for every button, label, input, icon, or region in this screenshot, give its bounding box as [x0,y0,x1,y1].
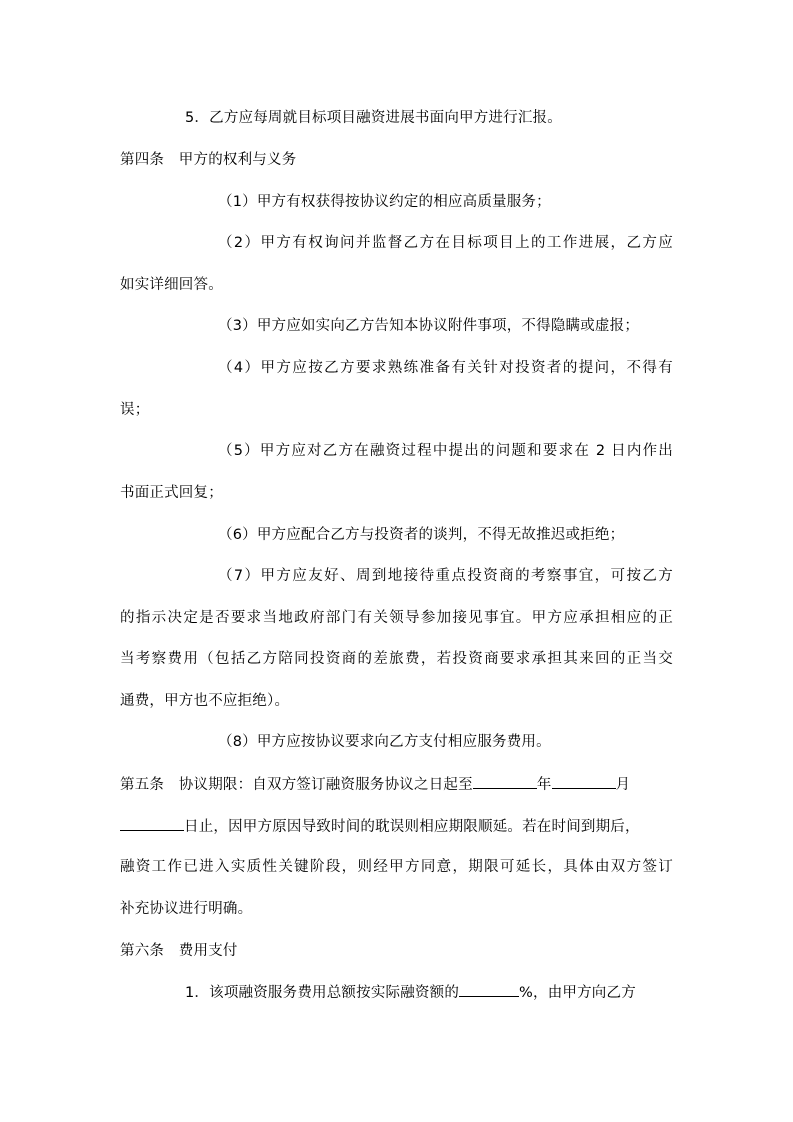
article4-item2-line1: （2）甲方有权询问并监督乙方在目标项目上的工作进展，乙方应 [218,233,673,253]
article5-line4: 补充协议进行明确。 [120,899,252,919]
article4-item5-line2: 书面正式回复； [120,483,223,503]
month-label: 月 [616,775,631,795]
article4-item6: （6）甲方应配合乙方与投资者的谈判，不得无故推迟或拒绝； [218,525,624,545]
year-label: 年 [537,775,552,795]
article6-item1-prefix: 1．该项融资服务费用总额按实际融资额的 [185,983,459,1003]
year-blank-field[interactable] [473,774,537,789]
article4-item1: （1）甲方有权获得按协议约定的相应高质量服务； [218,192,551,212]
article4-item4-line2: 误； [120,400,149,420]
article4-item4-line1: （4）甲方应按乙方要求熟练准备有关针对投资者的提问，不得有 [218,358,673,378]
article5-line2-text: 日止，因甲方原因导致时间的耽误则相应期限顺延。若在时间到期后， [184,817,640,837]
percentage-blank-field[interactable] [459,982,519,997]
article6-heading: 第六条 费用支付 [120,941,238,961]
article3-item5: 5．乙方应每周就目标项目融资进展书面向甲方进行汇报。 [185,108,562,128]
article4-item7-line4: 通费，甲方也不应拒绝）。 [120,691,289,711]
document-page: 5．乙方应每周就目标项目融资进展书面向甲方进行汇报。 第四条 甲方的权利与义务 … [0,0,793,1122]
day-blank-field[interactable] [120,816,184,831]
article5-prefix: 第五条 协议期限：自双方签订融资服务协议之日起至 [120,775,473,795]
article6-item1-suffix: %，由甲方向乙方 [519,983,636,1003]
article4-item7-line1: （7）甲方应友好、周到地接待重点投资商的考察事宜，可按乙方 [218,566,673,586]
article4-item2-line2: 如实详细回答。 [120,275,223,295]
article4-heading: 第四条 甲方的权利与义务 [120,150,296,170]
article4-item7-line3: 当考察费用（包括乙方陪同投资商的差旅费，若投资商要求承担其来回的正当交 [120,649,673,669]
article4-item5-line1: （5）甲方应对乙方在融资过程中提出的问题和要求在 2 日内作出 [218,441,673,461]
article4-item7-line2: 的指示决定是否要求当地政府部门有关领导参加接见事宜。甲方应承担相应的正 [120,608,673,628]
article5-line2: 日止，因甲方原因导致时间的耽误则相应期限顺延。若在时间到期后， [120,816,673,837]
article4-item8: （8）甲方应按协议要求向乙方支付相应服务费用。 [218,732,551,752]
article6-item1: 1．该项融资服务费用总额按实际融资额的 %，由甲方向乙方 [185,982,673,1003]
article5-line3: 融资工作已进入实质性关键阶段，则经甲方同意，期限可延长，具体由双方签订 [120,857,673,877]
article4-item3: （3）甲方应如实向乙方告知本协议附件事项，不得隐瞒或虚报； [218,316,639,336]
article5-line1: 第五条 协议期限：自双方签订融资服务协议之日起至 年 月 [120,774,673,795]
month-blank-field[interactable] [552,774,616,789]
